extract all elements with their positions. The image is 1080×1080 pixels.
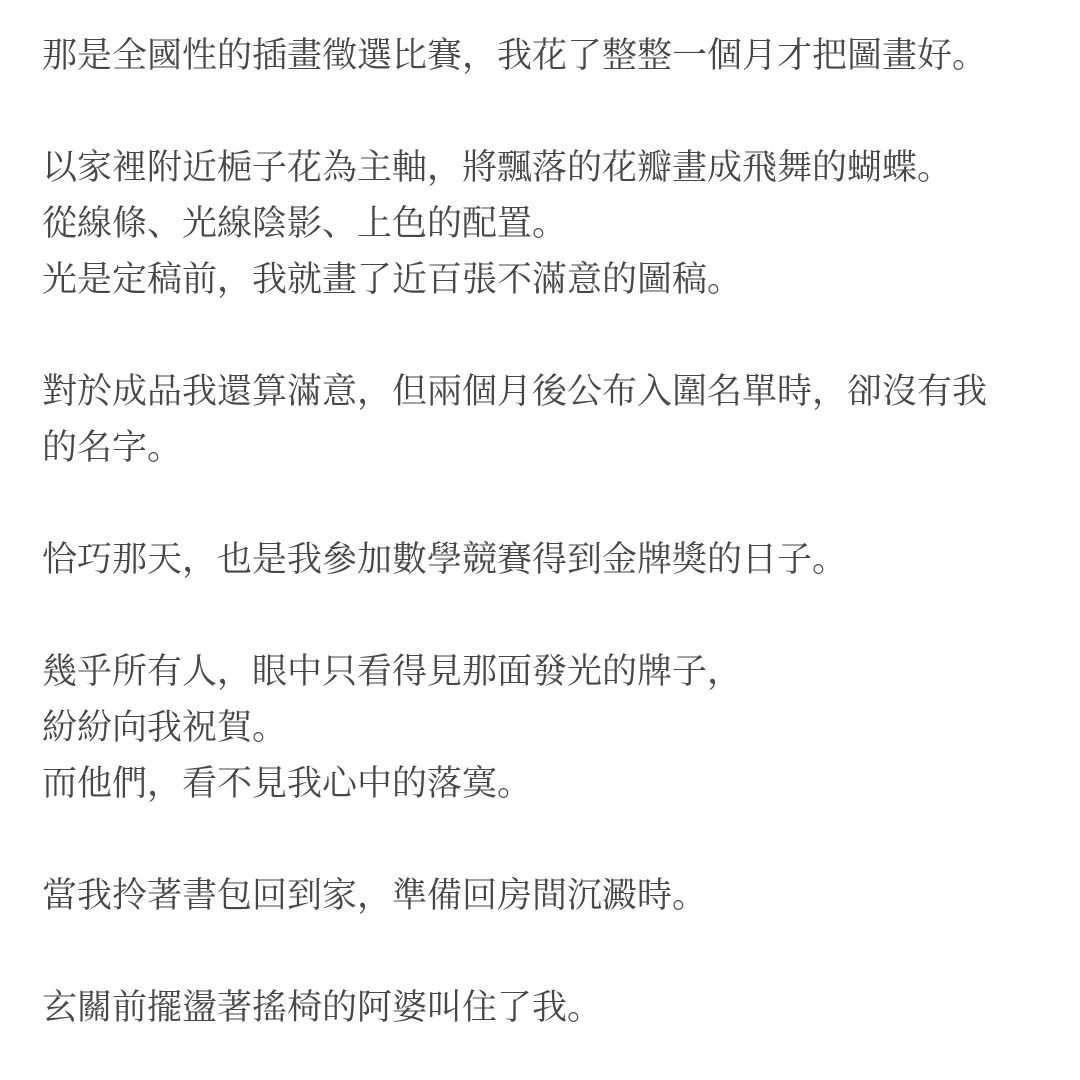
text-line: 玄關前擺盪著搖椅的阿婆叫住了我。 xyxy=(42,980,1010,1036)
text-line: 當我拎著書包回到家，準備回房間沉澱時。 xyxy=(42,868,1010,924)
text-line: 光是定稿前，我就畫了近百張不滿意的圖稿。 xyxy=(42,252,1010,308)
paragraph: 那是全國性的插畫徵選比賽，我花了整整一個月才把圖畫好。 xyxy=(42,28,1010,84)
paragraph: 對於成品我還算滿意，但兩個月後公布入圍名單時，卻沒有我的名字。 xyxy=(42,364,1010,476)
text-line: 幾乎所有人，眼中只看得見那面發光的牌子， xyxy=(42,644,1010,700)
text-line: 從線條、光線陰影、上色的配置。 xyxy=(42,196,1010,252)
paragraph: 恰巧那天，也是我參加數學競賽得到金牌獎的日子。 xyxy=(42,532,1010,588)
text-line: 而他們，看不見我心中的落寞。 xyxy=(42,756,1010,812)
text-line: 對於成品我還算滿意，但兩個月後公布入圍名單時，卻沒有我 xyxy=(42,364,1010,420)
paragraph: 當我拎著書包回到家，準備回房間沉澱時。 xyxy=(42,868,1010,924)
text-line: 那是全國性的插畫徵選比賽，我花了整整一個月才把圖畫好。 xyxy=(42,28,1010,84)
paragraph: 幾乎所有人，眼中只看得見那面發光的牌子，紛紛向我祝賀。而他們，看不見我心中的落寞… xyxy=(42,644,1010,812)
text-line: 恰巧那天，也是我參加數學競賽得到金牌獎的日子。 xyxy=(42,532,1010,588)
text-line: 紛紛向我祝賀。 xyxy=(42,700,1010,756)
text-line: 的名字。 xyxy=(42,420,1010,476)
story-text: 那是全國性的插畫徵選比賽，我花了整整一個月才把圖畫好。以家裡附近梔子花為主軸，將… xyxy=(0,0,1080,1080)
paragraph: 以家裡附近梔子花為主軸，將飄落的花瓣畫成飛舞的蝴蝶。從線條、光線陰影、上色的配置… xyxy=(42,140,1010,308)
paragraph: 玄關前擺盪著搖椅的阿婆叫住了我。 xyxy=(42,980,1010,1036)
text-line: 以家裡附近梔子花為主軸，將飄落的花瓣畫成飛舞的蝴蝶。 xyxy=(42,140,1010,196)
